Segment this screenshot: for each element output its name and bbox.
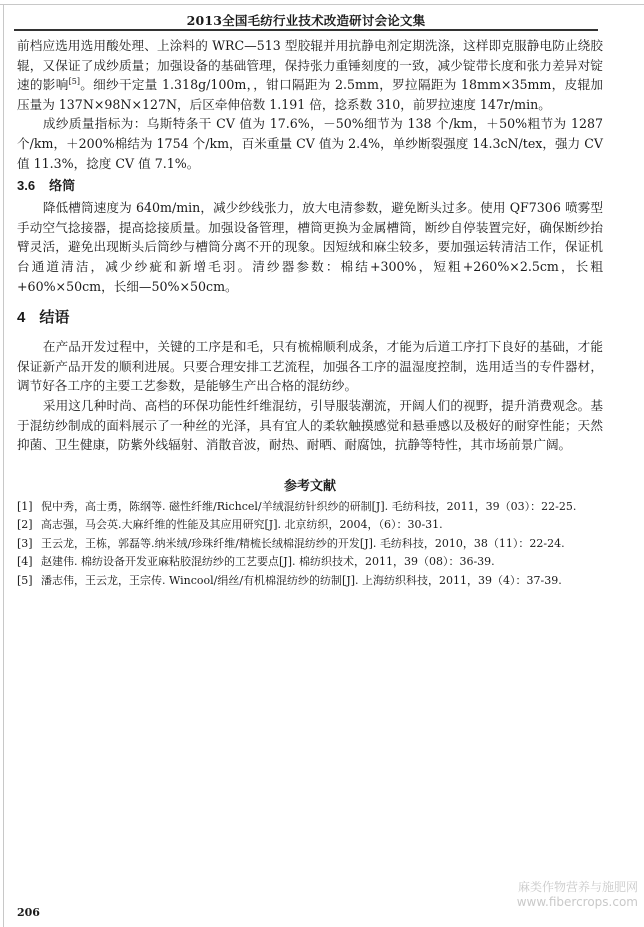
reference-item: [3]王云龙，王栋，郭磊等.纳米绒/珍珠纤维/精梳长绒棉混纺纱的开发[J]. 毛… xyxy=(17,535,603,554)
reference-index: [5] xyxy=(17,572,41,591)
reference-text: 赵建伟. 棉纺设备开发亚麻粘胶混纺纱的工艺要点[J]. 棉纺织技术，2011，3… xyxy=(41,553,495,572)
watermark-url: www.fibercrops.com xyxy=(517,895,638,910)
reference-text: 倪中秀，高士勇，陈纲等. 磁性纤维/Richcel/羊绒混纺针织纱的研制[J].… xyxy=(41,498,576,517)
reference-item: [1]倪中秀，高士勇，陈纲等. 磁性纤维/Richcel/羊绒混纺针织纱的研制[… xyxy=(17,498,603,517)
scan-border-top xyxy=(0,4,644,5)
page-body: 前档应选用选用酸处理、上涂料的 WRC—513 型胶辊并用抗静电剂定期洗涤，这样… xyxy=(17,36,603,591)
section-title: 结语 xyxy=(39,308,69,326)
running-header-title: 2013全国毛纺行业技术改造研讨会论文集 xyxy=(14,11,598,29)
watermark-site-name: 麻类作物营养与施肥网 xyxy=(517,880,638,895)
page-number: 206 xyxy=(17,906,40,919)
watermark: 麻类作物营养与施肥网 www.fibercrops.com xyxy=(517,880,638,910)
paragraph-conclusion-1: 在产品开发过程中，关键的工序是和毛，只有梳棉顺利成条，才能为后道工序打下良好的基… xyxy=(17,337,603,396)
reference-index: [2] xyxy=(17,516,41,535)
section-number: 4 xyxy=(17,309,25,326)
reference-index: [3] xyxy=(17,535,41,554)
header-rule xyxy=(14,29,598,31)
references-title: 参考文献 xyxy=(17,475,603,494)
reference-item: [4]赵建伟. 棉纺设备开发亚麻粘胶混纺纱的工艺要点[J]. 棉纺织技术，201… xyxy=(17,553,603,572)
paragraph-yarn-quality: 成纱质量指标为：乌斯特条干 CV 值为 17.6%，－50%细节为 138 个/… xyxy=(17,114,603,173)
citation-marker: [5] xyxy=(69,77,80,86)
scan-border-left xyxy=(3,4,4,927)
reference-index: [1] xyxy=(17,498,41,517)
reference-item: [5]潘志伟，王云龙，王宗传. Wincool/绢丝/有机棉混纺纱的纺制[J].… xyxy=(17,572,603,591)
paragraph-conclusion-2: 采用这几种时尚、高档的环保功能性纤维混纺，引导服装潮流，开阔人们的视野，提升消费… xyxy=(17,396,603,455)
paragraph-text: 。细纱干定量 1.318g/100m，，钳口隔距为 2.5mm，罗拉隔距为 18… xyxy=(17,77,603,112)
section-heading: 4结语 xyxy=(17,306,603,329)
reference-text: 王云龙，王栋，郭磊等.纳米绒/珍珠纤维/精梳长绒棉混纺纱的开发[J]. 毛纺科技… xyxy=(41,535,565,554)
reference-list: [1]倪中秀，高士勇，陈纲等. 磁性纤维/Richcel/羊绒混纺针织纱的研制[… xyxy=(17,498,603,591)
reference-text: 高志强，马会英.大麻纤维的性能及其应用研究[J]. 北京纺织，2004，（6）：… xyxy=(41,516,443,535)
reference-index: [4] xyxy=(17,553,41,572)
subsection-title: 络筒 xyxy=(49,179,75,194)
paragraph-winding: 降低槽筒速度为 640m/min，减少纱线张力，放大电清参数，避免断头过多。使用… xyxy=(17,198,603,296)
reference-text: 潘志伟，王云龙，王宗传. Wincool/绢丝/有机棉混纺纱的纺制[J]. 上海… xyxy=(41,572,562,591)
subsection-heading: 3.6络筒 xyxy=(17,175,603,198)
paragraph-spinning-settings: 前档应选用选用酸处理、上涂料的 WRC—513 型胶辊并用抗静电剂定期洗涤，这样… xyxy=(17,36,603,114)
subsection-number: 3.6 xyxy=(17,178,35,193)
reference-item: [2]高志强，马会英.大麻纤维的性能及其应用研究[J]. 北京纺织，2004，（… xyxy=(17,516,603,535)
